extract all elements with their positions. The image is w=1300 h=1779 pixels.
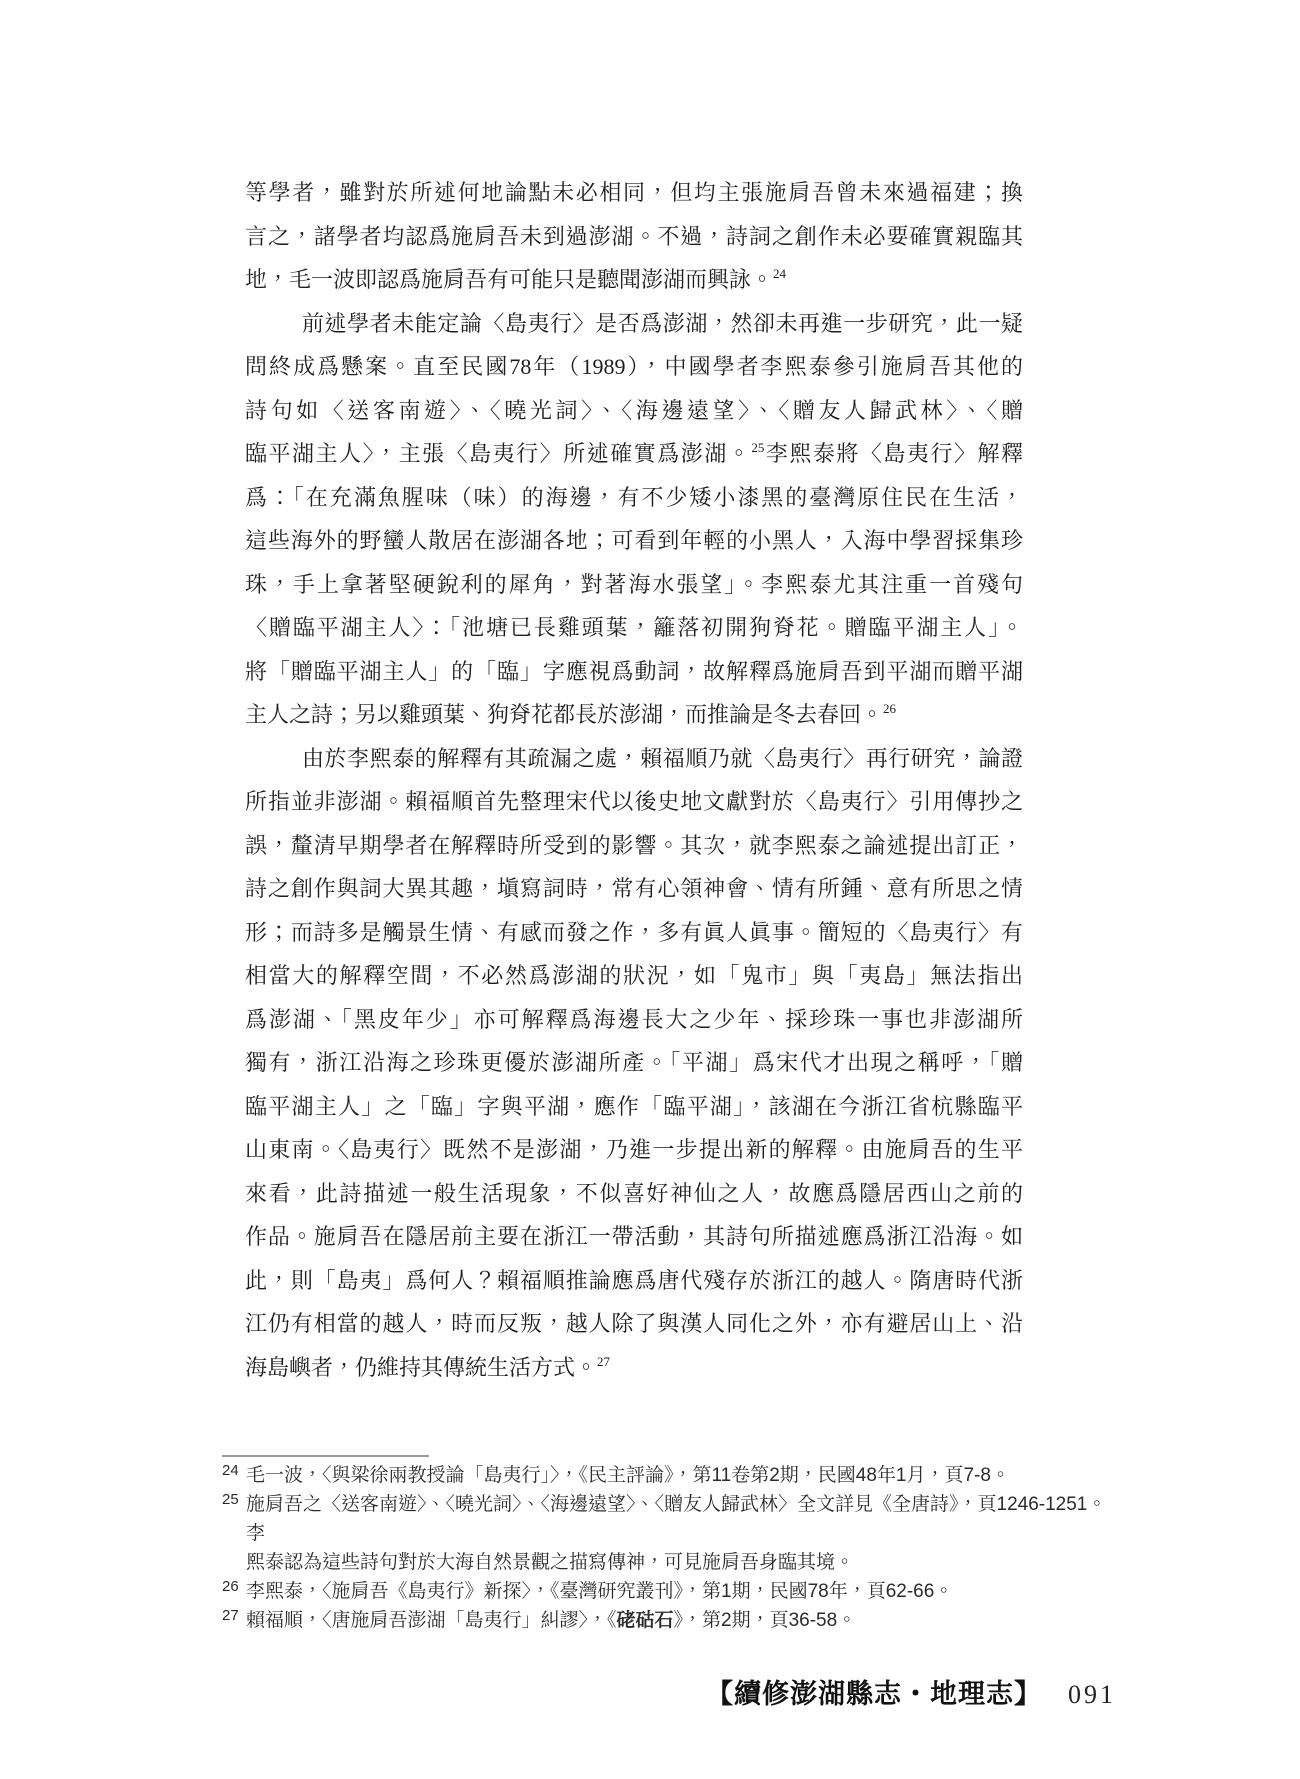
text-line: 〈贈臨平湖主人〉：「池塘已長雞頭葉，籬落初開狗脊花。贈臨平湖主人」。 bbox=[245, 606, 1023, 650]
text-line: 將「贈臨平湖主人」的「臨」字應視爲動詞，故解釋爲施肩吾到平湖而贈平湖 bbox=[245, 650, 1023, 694]
footnote-ref: 27 bbox=[597, 1354, 610, 1369]
text-line: 相當大的解釋空間，不必然爲澎湖的狀況，如「鬼市」與「夷島」無法指出 bbox=[245, 954, 1023, 998]
text-line: 這些海外的野蠻人散居在澎湖各地；可看到年輕的小黑人，入海中學習採集珍 bbox=[245, 519, 1023, 563]
text-line: 地，毛一波即認爲施肩吾有可能只是聽聞澎湖而興詠。24 bbox=[245, 258, 1023, 302]
paragraph: 由於李熙泰的解釋有其疏漏之處，賴福順乃就〈島夷行〉再行研究，論證所指並非澎湖。賴… bbox=[245, 737, 1023, 1390]
text-line: 爲：「在充滿魚腥味（味）的海邊，有不少矮小漆黑的臺灣原住民在生活， bbox=[245, 476, 1023, 520]
footnote-ref: 24 bbox=[773, 266, 786, 281]
text-line: 詩句如〈送客南遊〉、〈曉光詞〉、〈海邊遠望〉、〈贈友人歸武林〉、〈贈 bbox=[245, 389, 1023, 433]
text-line: 前述學者未能定論〈島夷行〉是否爲澎湖，然卻未再進一步研究，此一疑 bbox=[245, 302, 1023, 346]
footnote-number: 24 bbox=[222, 1462, 239, 1479]
text-line: 江仍有相當的越人，時而反叛，越人除了與漢人同化之外，亦有避居山上、沿 bbox=[245, 1302, 1023, 1346]
journal-title-bold: 硓𥑮石 bbox=[617, 1610, 674, 1631]
page-footer: 【續修澎湖縣志・地理志】 091 bbox=[706, 1672, 1116, 1711]
footnote-number: 27 bbox=[222, 1607, 239, 1624]
text-line: 珠，手上拿著堅硬銳利的犀角，對著海水張望」。李熙泰尤其注重一首殘句 bbox=[245, 563, 1023, 607]
text-line: 爲澎湖、「黑皮年少」亦可解釋爲海邊長大之少年、採珍珠一事也非澎湖所 bbox=[245, 998, 1023, 1042]
footnote: 27賴福順，〈唐施肩吾澎湖「島夷行」糾謬〉，《硓𥑮石》，第2期，頁36-58。 bbox=[222, 1606, 1114, 1635]
footnote: 24毛一波，〈與梁徐兩教授論「島夷行」〉，《民主評論》，第11卷第2期，民國48… bbox=[222, 1461, 1114, 1490]
book-title: 【續修澎湖縣志・地理志】 bbox=[706, 1672, 1042, 1711]
footnote-line: 李熙泰，〈施肩吾《島夷行》新探〉，《臺灣研究叢刊》，第1期，民國78年，頁62-… bbox=[246, 1577, 1114, 1606]
paragraph: 等學者，雖對於所述何地論點未必相同，但均主張施肩吾曾未來過福建；換言之，諸學者均… bbox=[245, 171, 1023, 302]
footnote-separator bbox=[222, 1455, 429, 1457]
footnote-line: 賴福順，〈唐施肩吾澎湖「島夷行」糾謬〉，《硓𥑮石》，第2期，頁36-58。 bbox=[246, 1606, 1114, 1635]
text-line: 山東南。〈島夷行〉既然不是澎湖，乃進一步提出新的解釋。由施肩吾的生平 bbox=[245, 1128, 1023, 1172]
text-line: 此，則「島夷」爲何人？賴福順推論應爲唐代殘存於浙江的越人。隋唐時代浙 bbox=[245, 1259, 1023, 1303]
text-line: 作品。施肩吾在隱居前主要在浙江一帶活動，其詩句所描述應爲浙江沿海。如 bbox=[245, 1215, 1023, 1259]
text-line: 由於李熙泰的解釋有其疏漏之處，賴福順乃就〈島夷行〉再行研究，論證 bbox=[245, 737, 1023, 781]
footnote-line: 熙泰認為這些詩句對於大海自然景觀之描寫傳神，可見施肩吾身臨其境。 bbox=[246, 1548, 1114, 1577]
text-line: 來看，此詩描述一般生活現象，不似喜好神仙之人，故應爲隱居西山之前的 bbox=[245, 1172, 1023, 1216]
text-line: 詩之創作與詞大異其趣，塡寫詞時，常有心領神會、情有所鍾、意有所思之情 bbox=[245, 867, 1023, 911]
footnote-number: 26 bbox=[222, 1578, 239, 1595]
text-line: 獨有，浙江沿海之珍珠更優於澎湖所產。「平湖」爲宋代才出現之稱呼，「贈 bbox=[245, 1041, 1023, 1085]
text-line: 海島嶼者，仍維持其傳統生活方式。27 bbox=[245, 1346, 1023, 1390]
footnote-line: 毛一波，〈與梁徐兩教授論「島夷行」〉，《民主評論》，第11卷第2期，民國48年1… bbox=[246, 1461, 1114, 1490]
text-line: 言之，諸學者均認爲施肩吾未到過澎湖。不過，詩詞之創作未必要確實親臨其 bbox=[245, 215, 1023, 259]
page: 等學者，雖對於所述何地論點未必相同，但均主張施肩吾曾未來過福建；換言之，諸學者均… bbox=[0, 0, 1300, 1779]
paragraph: 前述學者未能定論〈島夷行〉是否爲澎湖，然卻未再進一步研究，此一疑問終成爲懸案。直… bbox=[245, 302, 1023, 737]
footnote-ref: 26 bbox=[883, 701, 896, 716]
text-line: 問終成爲懸案。直至民國78年（1989），中國學者李熙泰參引施肩吾其他的 bbox=[245, 345, 1023, 389]
text-line: 等學者，雖對於所述何地論點未必相同，但均主張施肩吾曾未來過福建；換 bbox=[245, 171, 1023, 215]
footnote-ref: 25 bbox=[751, 440, 764, 455]
page-number: 091 bbox=[1068, 1680, 1116, 1710]
text-line: 主人之詩；另以雞頭葉、狗脊花都長於澎湖，而推論是冬去春回。26 bbox=[245, 693, 1023, 737]
footnotes-section: 24毛一波，〈與梁徐兩教授論「島夷行」〉，《民主評論》，第11卷第2期，民國48… bbox=[222, 1461, 1114, 1635]
text-line: 臨平湖主人」之「臨」字與平湖，應作「臨平湖」，該湖在今浙江省杭縣臨平 bbox=[245, 1085, 1023, 1129]
footnote: 26李熙泰，〈施肩吾《島夷行》新探〉，《臺灣研究叢刊》，第1期，民國78年，頁6… bbox=[222, 1577, 1114, 1606]
footnote-number: 25 bbox=[222, 1491, 239, 1508]
footnote: 25施肩吾之〈送客南遊〉、〈曉光詞〉、〈海邊遠望〉、〈贈友人歸武林〉全文詳見《全… bbox=[222, 1490, 1114, 1577]
text-line: 臨平湖主人〉，主張〈島夷行〉所述確實爲澎湖。25李熙泰將〈島夷行〉解釋 bbox=[245, 432, 1023, 476]
text-line: 形；而詩多是觸景生情、有感而發之作，多有眞人眞事。簡短的〈島夷行〉有 bbox=[245, 911, 1023, 955]
footnote-line: 施肩吾之〈送客南遊〉、〈曉光詞〉、〈海邊遠望〉、〈贈友人歸武林〉全文詳見《全唐詩… bbox=[246, 1490, 1114, 1548]
body-text: 等學者，雖對於所述何地論點未必相同，但均主張施肩吾曾未來過福建；換言之，諸學者均… bbox=[245, 171, 1023, 1389]
text-line: 誤，釐清早期學者在解釋時所受到的影響。其次，就李熙泰之論述提出訂正， bbox=[245, 824, 1023, 868]
text-line: 所指並非澎湖。賴福順首先整理宋代以後史地文獻對於〈島夷行〉引用傳抄之 bbox=[245, 780, 1023, 824]
